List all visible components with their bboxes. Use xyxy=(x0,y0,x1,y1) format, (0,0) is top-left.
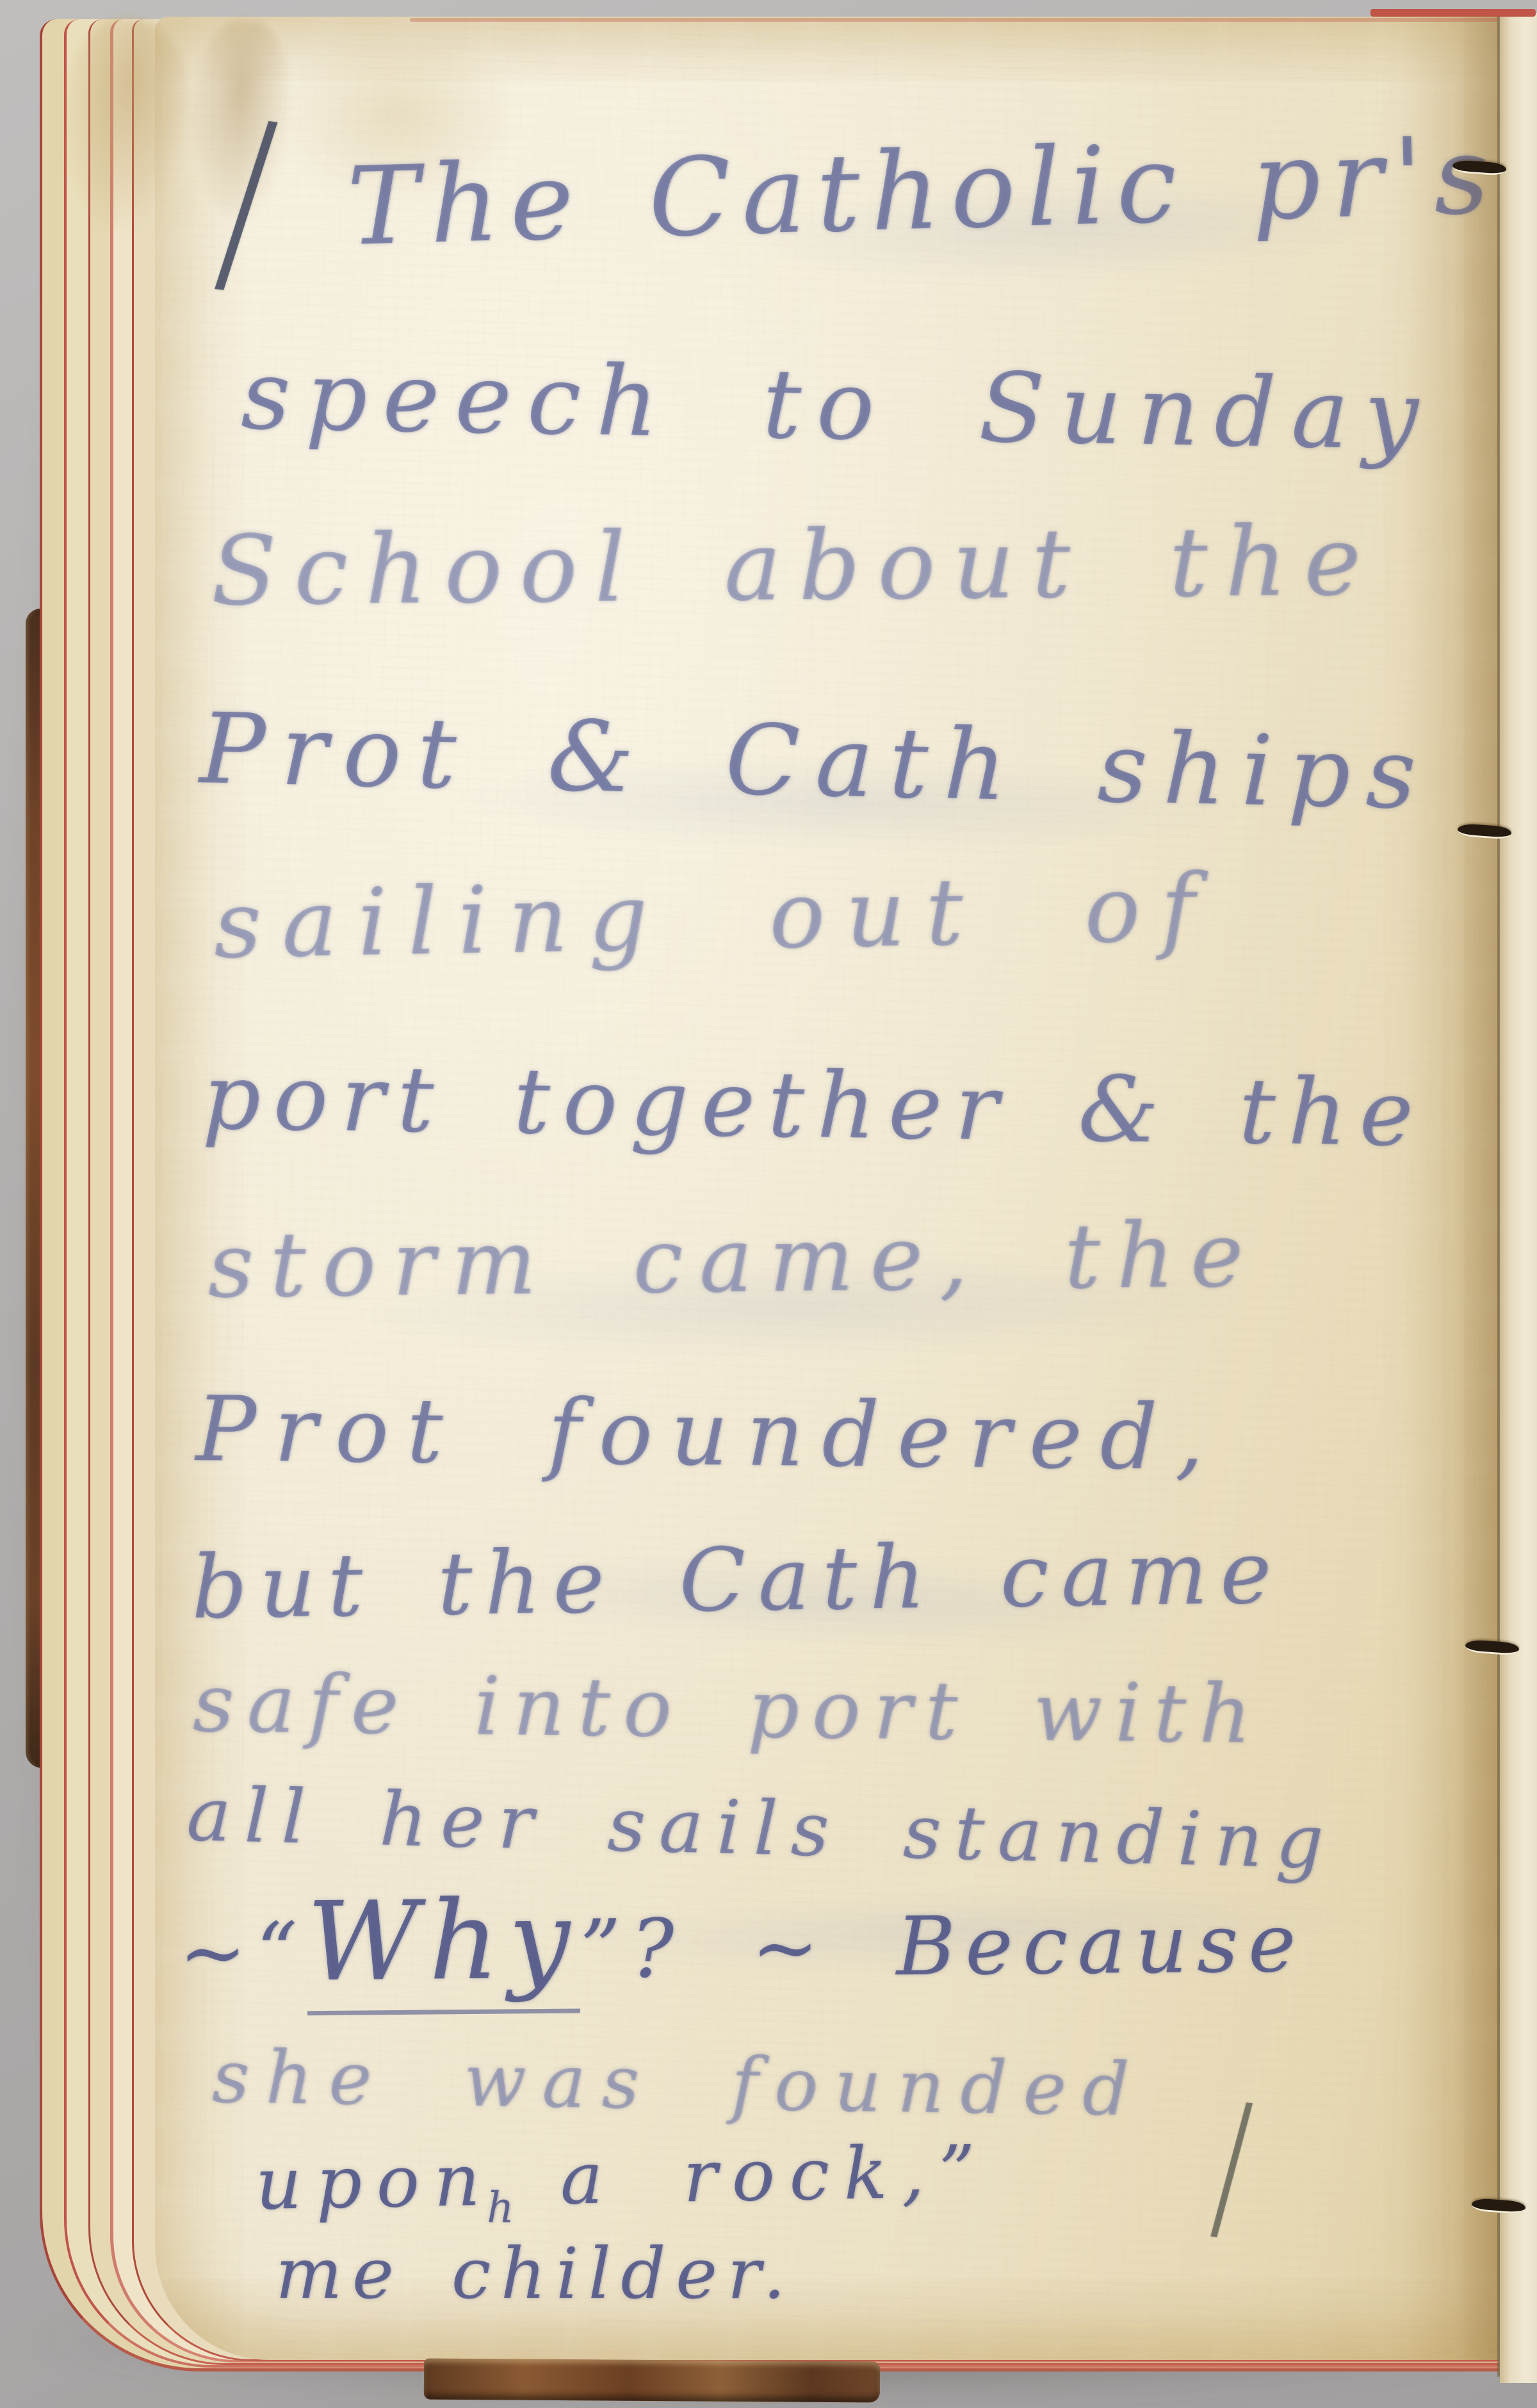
handwriting-line: me childer. xyxy=(275,2232,795,2314)
gutter-shading xyxy=(1403,17,1499,2360)
handwriting-line: School about the xyxy=(210,505,1378,627)
page-top-edge-tint xyxy=(410,18,1499,22)
handwriting-line: she was founded xyxy=(211,2034,1146,2132)
inserted-letter-above: h xyxy=(487,2183,514,2232)
handwriting-line: storm came, the xyxy=(207,1203,1260,1318)
why-line-prefix: ~“ xyxy=(179,1904,308,2000)
handwriting-line: port together & the xyxy=(202,1044,1427,1167)
why-word-underlined: Why xyxy=(306,1877,580,2016)
next-page-sliver xyxy=(1500,13,1537,2383)
why-line-suffix: ”? ~ Because xyxy=(580,1896,1306,1997)
red-page-edge-top xyxy=(1370,9,1536,17)
handwriting-line: speech to Sunday xyxy=(240,340,1435,471)
handwriting-line: upon a rock,” xyxy=(255,2130,991,2226)
leather-tab xyxy=(424,2359,880,2403)
handwriting-line: but the Cath came xyxy=(191,1522,1285,1639)
handwriting-line-why: ~“Why”? ~ Because xyxy=(178,1871,1306,2007)
handwriting-line: safe into port with xyxy=(192,1656,1264,1762)
notebook-photo: / The Catholic pr's speech to Sunday Sch… xyxy=(0,0,1537,2408)
handwriting-line: Prot foundered, xyxy=(195,1377,1222,1491)
handwriting-line: sailing out of xyxy=(213,854,1216,979)
